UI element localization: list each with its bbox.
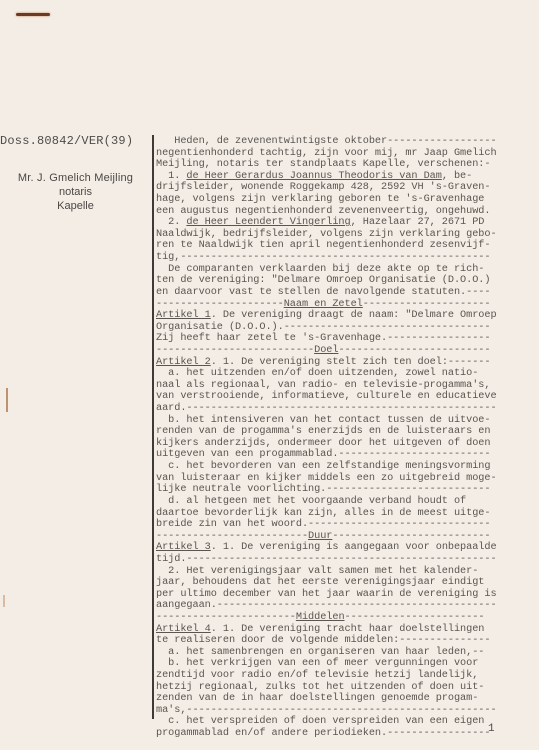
paper-mark xyxy=(6,388,8,412)
text-segment: Meijling, notaris ter standplaats Kapell… xyxy=(156,158,490,170)
text-segment: per ultimo december van het jaar waarin … xyxy=(156,588,497,600)
text-segment: een augustus negentienhonderd zevenenvee… xyxy=(156,205,490,217)
text-segment: . 1. De vereniging is aangegaan voor onb… xyxy=(211,541,497,553)
text-segment: . 1. De vereniging stelt zich ten doel:-… xyxy=(211,356,491,368)
staple-mark xyxy=(16,13,50,16)
text-segment: ----------------------- xyxy=(345,611,485,623)
deed-body: Heden, de zevenentwintigste oktober-----… xyxy=(156,136,539,740)
underlined-text: Artikel 1 xyxy=(156,309,211,321)
paper-mark xyxy=(3,595,5,607)
text-segment: daartoe bevorderlijk kan zijn, alles in … xyxy=(156,507,490,519)
text-segment: a. het samenbrengen en organiseren van h… xyxy=(156,646,484,658)
text-segment: De comparanten verklaarden bij deze akte… xyxy=(156,263,484,275)
text-segment: ma's,-----------------------------------… xyxy=(156,704,497,716)
text-segment: b. het verkrijgen van een of meer vergun… xyxy=(156,657,478,669)
text-segment: Heden, de zevenentwintigste oktober-----… xyxy=(156,135,497,147)
text-segment: c. het bevorderen van een zelfstandige m… xyxy=(156,460,490,472)
underlined-text: Artikel 3 xyxy=(156,541,211,553)
text-line: progammablad en/of andere periodieken.--… xyxy=(156,728,539,740)
text-segment: b. het intensiveren van het contact tuss… xyxy=(156,414,490,426)
text-segment: hetzij regionaal, zulks tot het uitzende… xyxy=(156,681,484,693)
dossier-number: Doss.80842/VER(39) xyxy=(0,134,133,148)
text-segment: tijd.-----------------------------------… xyxy=(156,553,497,565)
text-segment: -------------------------- xyxy=(156,344,314,356)
text-segment: --------------------- xyxy=(156,298,284,310)
text-segment: ------------------------- xyxy=(156,530,308,542)
text-segment: van luisteraar en kijker middels een zo … xyxy=(156,472,497,484)
text-segment: drijfsleider, wonende Roggekamp 428, 259… xyxy=(156,181,490,193)
text-segment: progammablad en/of andere periodieken.--… xyxy=(156,727,490,739)
text-segment: breide zin van het woord.---------------… xyxy=(156,518,490,530)
underlined-text: Middelen xyxy=(296,611,345,623)
page-number: 1 xyxy=(488,723,495,735)
text-segment: . 1. De vereniging tracht haar doelstell… xyxy=(211,623,485,635)
text-segment: . De vereniging draagt de naam: "Delmare… xyxy=(211,309,497,321)
text-segment: 2. xyxy=(156,216,186,228)
text-segment: jaar, behoudens dat het eerste verenigin… xyxy=(156,576,484,588)
text-segment: kijkers anderzijds, ondermeer door het u… xyxy=(156,437,490,449)
text-segment: lijke neutrale voorlichting.------------… xyxy=(156,483,490,495)
text-segment: zenden van de in haar doelstellingen gen… xyxy=(156,692,478,704)
notary-place: Kapelle xyxy=(0,199,151,213)
text-segment: Zij heeft haar zetel te 's-Gravenhage.--… xyxy=(156,332,490,344)
underlined-text: de Heer Leendert Vingerling xyxy=(186,216,350,228)
text-segment: ten de vereniging: "Delmare Omroep Organ… xyxy=(156,274,490,286)
underlined-text: de Heer Gerardus Joannus Theodoris van D… xyxy=(186,170,441,182)
notary-block: Mr. J. Gmelich Meijling notaris Kapelle xyxy=(0,171,151,213)
text-segment: en daarvoor vast te stellen de navolgend… xyxy=(156,286,490,298)
text-segment: , be- xyxy=(442,170,472,182)
underlined-text: Doel xyxy=(314,344,338,356)
underlined-text: Naam en Zetel xyxy=(284,298,363,310)
text-segment: aard.-----------------------------------… xyxy=(156,402,497,414)
text-segment: renden van de progamma's enerzijds en de… xyxy=(156,425,490,437)
text-segment: c. het verspreiden of doen verspreiden v… xyxy=(156,715,484,727)
text-segment: naal als regionaal, van radio- en televi… xyxy=(156,379,490,391)
notary-name: Mr. J. Gmelich Meijling xyxy=(0,171,151,185)
text-segment: 2. Het verenigingsjaar valt samen met he… xyxy=(156,565,478,577)
margin-rule xyxy=(152,135,154,719)
underlined-text: Artikel 2 xyxy=(156,356,211,368)
text-segment: uitgeven van een progammablad.----------… xyxy=(156,448,490,460)
text-segment: ----------------------- xyxy=(156,611,296,623)
underlined-text: Artikel 4 xyxy=(156,623,211,635)
text-segment: d. al hetgeen met het voorgaande verband… xyxy=(156,495,466,507)
text-segment: zendtijd voor radio en/of televisie hetz… xyxy=(156,669,478,681)
notary-title: notaris xyxy=(0,185,151,199)
text-segment: Organisatie (D.O.O.).-------------------… xyxy=(156,321,490,333)
text-segment: tig,------------------------------------… xyxy=(156,251,490,263)
text-segment: ------------------------- xyxy=(338,344,490,356)
text-segment: te realiseren door de volgende middelen:… xyxy=(156,634,490,646)
text-segment: , Hazelaar 27, 2671 PD xyxy=(351,216,485,228)
text-segment: ren te Naaldwijk tien april negentienhon… xyxy=(156,239,490,251)
text-segment: --------------------- xyxy=(363,298,491,310)
text-segment: -------------------------- xyxy=(332,530,490,542)
text-segment: aangegaan.------------------------------… xyxy=(156,599,497,611)
text-segment: a. het uitzenden en/of doen uitzenden, z… xyxy=(156,367,478,379)
text-segment: Naaldwijk, bedrijfsleider, volgens zijn … xyxy=(156,228,497,240)
text-segment: negentienhonderd tachtig, zijn voor mij,… xyxy=(156,147,497,159)
text-segment: 1. xyxy=(156,170,186,182)
text-segment: van verstrooiende, informatieve, culture… xyxy=(156,390,497,402)
text-segment: hage, volgens zijn verklaring geboren te… xyxy=(156,193,484,205)
underlined-text: Duur xyxy=(308,530,332,542)
